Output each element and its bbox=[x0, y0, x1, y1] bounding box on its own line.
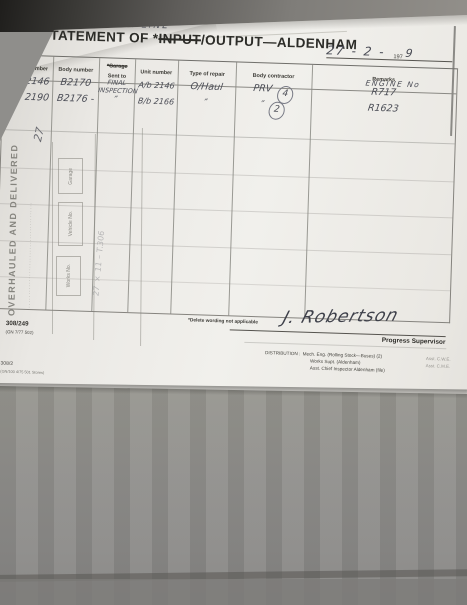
handwritten-year-digit: 9 bbox=[405, 47, 414, 60]
distribution-label: DISTRIBUTION : bbox=[265, 350, 300, 356]
pencil-smudge bbox=[3, 110, 7, 121]
distribution-block: DISTRIBUTION :Mech. Eng. (Rolling Stock—… bbox=[264, 350, 385, 375]
second-sheet-number: 308/2 bbox=[1, 360, 58, 367]
row2-remarks: R1623 bbox=[310, 102, 456, 126]
pencil-smudge bbox=[1, 84, 6, 99]
handwritten-date: 27 - 2 - bbox=[326, 43, 387, 59]
row2-body: B2176 - bbox=[52, 94, 98, 114]
background-dark-strip bbox=[0, 579, 467, 605]
second-sheet-reference: 308/2 (GN/100 4/75 501 Stores) bbox=[0, 360, 92, 381]
row-rule bbox=[2, 129, 455, 144]
second-sheet-number-sub: (GN/100 4/75 501 Stores) bbox=[0, 369, 44, 375]
date-field: 27 - 2 - 197 9 bbox=[326, 40, 453, 62]
row2-unit: B/b 2166 bbox=[134, 96, 177, 116]
row-rule bbox=[0, 203, 452, 218]
form-number: 308/249 bbox=[6, 319, 42, 327]
supervisor-signature: J. Robertson bbox=[280, 306, 401, 329]
title-struck-word: INPUT bbox=[158, 31, 201, 47]
row2-contractor: ″2 bbox=[235, 99, 311, 120]
photo-bottom-background bbox=[0, 382, 467, 605]
scanned-photo: OVERHAULED AND DELIVERED ···············… bbox=[0, 0, 467, 605]
title-prefix: STATEMENT OF * bbox=[41, 27, 159, 46]
statement-form: FINISH LINE STATEMENT OF *INPUT/OUTPUT—A… bbox=[0, 0, 465, 414]
row2-repair: ″ bbox=[176, 98, 235, 119]
row2-garage: ″ bbox=[98, 95, 135, 115]
distribution-side-item: Asst. C.M.E. bbox=[426, 363, 451, 371]
distribution-item: Asst. Chief Inspector Aldenham (file) bbox=[310, 365, 385, 374]
row-rule bbox=[0, 240, 451, 255]
row-rule bbox=[0, 276, 450, 291]
circled-number: 2 bbox=[268, 102, 286, 120]
row2-vehicle: RM 2190 bbox=[3, 92, 53, 113]
signature-rule bbox=[230, 329, 446, 337]
row-rule bbox=[1, 167, 454, 182]
pencil-smudge bbox=[0, 128, 2, 137]
form-reference-number: 308/249 (GN 7/77 502) bbox=[5, 319, 56, 340]
distribution-side-items: Asst. C.W.E. Asst. C.M.E. bbox=[426, 356, 451, 371]
form-number-sub: (GN 7/77 502) bbox=[6, 329, 34, 335]
statement-table: Vehicle number Body number *Garage Sent … bbox=[0, 54, 458, 323]
form-title: STATEMENT OF *INPUT/OUTPUT—ALDENHAM bbox=[41, 27, 358, 52]
printed-year-prefix: 197 bbox=[393, 53, 403, 59]
delete-wording-footnote: *Delete wording not applicable bbox=[172, 317, 274, 326]
